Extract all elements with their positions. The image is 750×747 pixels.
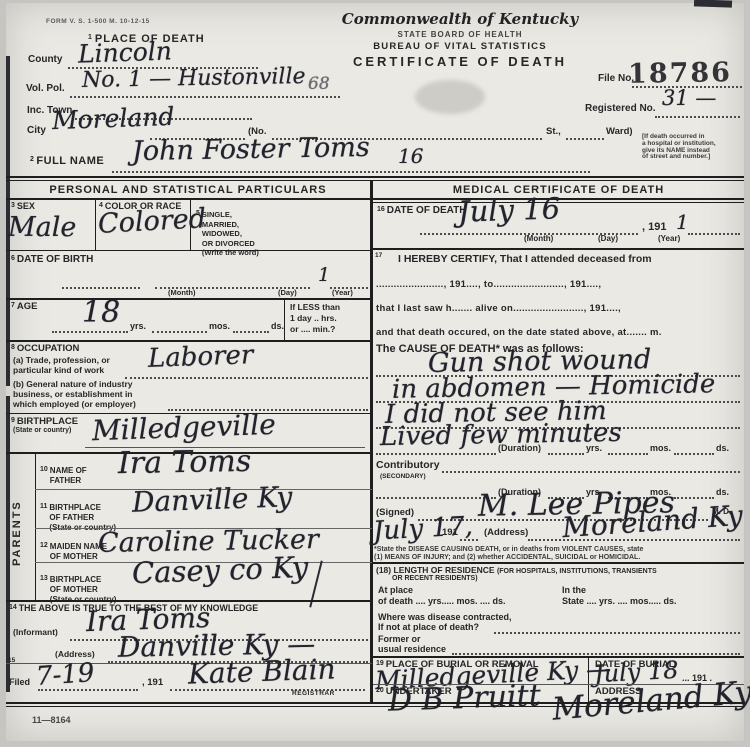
registered-no-label: Registered No. xyxy=(585,104,656,115)
residence-where2: If not at place of death? xyxy=(378,623,479,632)
divider-line xyxy=(6,702,744,704)
dob-label: 6DATE OF BIRTH xyxy=(11,255,93,266)
age-label: 7AGE xyxy=(11,302,38,312)
certify-line2: ......................., 191...., to....… xyxy=(376,280,601,290)
divider-line xyxy=(373,562,744,564)
print-code: 11—8164 xyxy=(32,716,71,725)
death-certificate-scan: FORM V. S. 1-500 M. 10-12-15 Commonwealt… xyxy=(0,0,750,747)
scan-smudge xyxy=(694,0,732,8)
city-st-line xyxy=(566,137,604,140)
field-number: 9 xyxy=(11,417,15,424)
registrar-signature: Kate Blain xyxy=(188,655,336,688)
masthead-commonwealth: Commonwealth of Kentucky xyxy=(290,10,630,28)
field-number: 10 xyxy=(40,466,48,473)
county-value: Lincoln xyxy=(78,38,173,66)
age-line xyxy=(52,330,128,333)
faint-stamp xyxy=(415,80,485,114)
dod-day-label: (Day) xyxy=(598,235,618,243)
registered-no-line xyxy=(655,115,740,118)
dod-year-printed: , 191 xyxy=(642,222,666,234)
age-mos-label: mos. xyxy=(209,322,230,331)
signed-address-label: (Address) xyxy=(484,528,528,538)
parents-label: PARENTS xyxy=(12,486,24,566)
field-number: 8 xyxy=(11,344,15,351)
birthplace-value: Milledgeville xyxy=(92,411,277,445)
field-number: 11 xyxy=(40,503,47,510)
informant-label: (Informant) xyxy=(13,628,58,637)
filed-line xyxy=(38,688,138,691)
divider-line xyxy=(6,180,744,181)
volpol-line xyxy=(70,95,340,98)
masthead-bureau: BUREAU OF VITAL STATISTICS xyxy=(290,42,630,52)
certify-line3: that I last saw h....... alive on.......… xyxy=(376,304,621,314)
undertaker-signature: D B Pruitt xyxy=(388,681,542,716)
city-value: Moreland xyxy=(52,104,175,133)
residence-in-state: In the xyxy=(562,586,586,595)
city-ward-label: Ward) xyxy=(606,127,633,137)
duration-label: (Duration) xyxy=(498,444,541,453)
cell-divider xyxy=(95,198,96,250)
age-line xyxy=(233,330,269,333)
residence-former2: usual residence xyxy=(378,645,446,654)
registrar-label: REGISTRAR xyxy=(292,691,335,698)
dob-day-label: (Day) xyxy=(278,289,297,297)
divider-line xyxy=(6,706,744,707)
field-number: 2 xyxy=(30,156,34,163)
certify-line1: I HEREBY CERTIFY, That I attended deceas… xyxy=(398,254,652,265)
field-number: 6 xyxy=(11,255,15,262)
filed-number: 15 xyxy=(8,658,15,665)
field-number: 20 xyxy=(376,687,384,694)
age-ds-label: ds. xyxy=(271,322,284,331)
column-divider xyxy=(370,180,373,704)
full-name-line xyxy=(112,170,590,173)
occupation-b-label3: which employed (or employer) xyxy=(13,400,136,409)
cell-divider xyxy=(35,452,36,600)
birthplace-label: 9BIRTHPLACE xyxy=(11,417,78,427)
residence-at-place: At place xyxy=(378,586,413,595)
residence-in-state2: State .... yrs. .... mos..... ds. xyxy=(562,597,677,606)
duration-line xyxy=(674,452,714,455)
contributory-line xyxy=(442,470,740,473)
contributory-label: Contributory xyxy=(376,460,440,471)
registered-no-value: 31 — xyxy=(662,88,716,109)
mother-birthplace-label: 13BIRTHPLACE OF MOTHER (State or country… xyxy=(40,565,116,605)
age-less-label: If LESS than 1 day .. hrs. or .... min.? xyxy=(290,302,340,335)
volpol-label: Vol. Pol. xyxy=(26,84,65,95)
contributory-line2 xyxy=(674,496,714,499)
signed-year-label: 191 xyxy=(442,528,458,538)
date-of-death-value: July 16 xyxy=(458,194,561,227)
dod-year-label: (Year) xyxy=(658,235,680,243)
registrar-line xyxy=(170,688,365,691)
form-code: FORM V. S. 1-500 M. 10-12-15 xyxy=(46,19,150,26)
age-value: 18 xyxy=(82,298,120,328)
father-name-label: 10NAME OF FATHER xyxy=(40,456,87,486)
county-label: County xyxy=(28,55,62,66)
footnote-line2: (1) MEANS OF INJURY; and (2) whether ACC… xyxy=(374,554,640,561)
duration-line xyxy=(548,452,584,455)
duration-yrs-label: yrs. xyxy=(586,444,602,453)
birthplace-hint: (State or country) xyxy=(13,427,71,434)
occupation-value: Laborer xyxy=(148,342,254,372)
divider-line xyxy=(6,198,372,200)
age-line xyxy=(152,330,207,333)
occupation-a-label: (a) Trade, profession, or xyxy=(13,356,110,365)
occupation-b-label: (b) General nature of industry xyxy=(13,380,133,389)
residence-label: (18) LENGTH OF RESIDENCE (FOR HOSPITALS,… xyxy=(376,566,657,575)
full-name-value: John Foster Toms xyxy=(132,134,370,165)
field-number: 14 xyxy=(9,604,17,611)
masthead-board: STATE BOARD OF HEALTH xyxy=(290,31,630,39)
residence-at-place2: of death .... yrs..... mos. .... ds. xyxy=(378,597,506,606)
residence-where-line xyxy=(494,631,740,634)
field-number: 7 xyxy=(11,302,15,309)
mother-birthplace-value: Casey co Ky xyxy=(132,553,309,588)
file-no-value: 18786 xyxy=(628,57,732,90)
filed-label: Filed xyxy=(9,678,30,687)
signed-date-value: July 17, xyxy=(372,513,473,544)
city-st-label: St., xyxy=(546,127,561,137)
certify-number: 17 xyxy=(375,253,382,260)
duration-line xyxy=(376,452,496,455)
dob-value: 1 xyxy=(318,266,330,285)
contributory-hint: (SECONDARY) xyxy=(380,474,426,481)
sex-label: 3SEX xyxy=(11,202,35,211)
volpol-extra: 68 xyxy=(308,76,330,93)
field-number: 5 xyxy=(196,210,200,217)
full-name-extra: 16 xyxy=(398,146,423,166)
field-number: 13 xyxy=(40,575,48,582)
divider-line xyxy=(373,248,744,250)
divider-line xyxy=(6,176,744,178)
certify-line4: and that death occured, on the date stat… xyxy=(376,328,662,338)
occupation-a-line xyxy=(125,376,368,379)
marital-label: 5SINGLE, MARRIED, WIDOWED, OR DIVORCED (… xyxy=(196,201,259,257)
date-of-death-label: 16DATE OF DEATH xyxy=(377,206,466,217)
cell-divider xyxy=(284,298,285,340)
dob-line xyxy=(62,286,140,289)
field-number: 3 xyxy=(11,202,15,209)
dob-year-label: (Year) xyxy=(332,289,353,297)
divider-line xyxy=(6,250,372,251)
father-birthplace-value: Danville Ky xyxy=(132,483,293,517)
filed-date-value: 7-19 xyxy=(35,660,95,690)
divider-line xyxy=(6,298,372,300)
footnote-line1: *State the DISEASE CAUSING DEATH, or in … xyxy=(374,546,643,553)
left-section-title: PERSONAL AND STATISTICAL PARTICULARS xyxy=(6,185,370,197)
volpol-value: No. 1 — Hustonville xyxy=(82,66,306,92)
occupation-b-label2: business, or establishment in xyxy=(13,390,133,399)
date-of-death-line xyxy=(688,232,740,235)
occupation-a-label2: particular kind of work xyxy=(13,366,104,375)
father-name-value: Ira Toms xyxy=(118,447,252,479)
binding-edge xyxy=(6,396,10,692)
dod-year-hw: 1 xyxy=(676,212,689,232)
field-number: 12 xyxy=(40,542,48,549)
duration-ds-label: ds. xyxy=(716,444,729,453)
contrib-ds-label: ds. xyxy=(716,488,729,497)
full-name-label: 2FULL NAME xyxy=(30,156,104,168)
filed-year-label: , 191 xyxy=(142,678,163,688)
field-number: 16 xyxy=(377,206,385,213)
dod-month-label: (Month) xyxy=(524,235,553,243)
race-value: Colored xyxy=(97,205,206,238)
occupation-label: 8OCCUPATION xyxy=(11,344,79,354)
city-label: City xyxy=(27,126,46,137)
signed-date-line xyxy=(460,538,478,541)
sex-value: Male xyxy=(8,214,76,241)
duration-mos-label: mos. xyxy=(650,444,671,453)
residence-hint2: OR RECENT RESIDENTS) xyxy=(392,575,478,582)
duration-line xyxy=(608,452,648,455)
age-yrs-label: yrs. xyxy=(130,322,146,331)
dob-month-label: (Month) xyxy=(168,289,195,297)
hospital-note: [If death occurred in a hospital or inst… xyxy=(642,134,742,161)
masthead-title: CERTIFICATE OF DEATH xyxy=(290,55,630,69)
